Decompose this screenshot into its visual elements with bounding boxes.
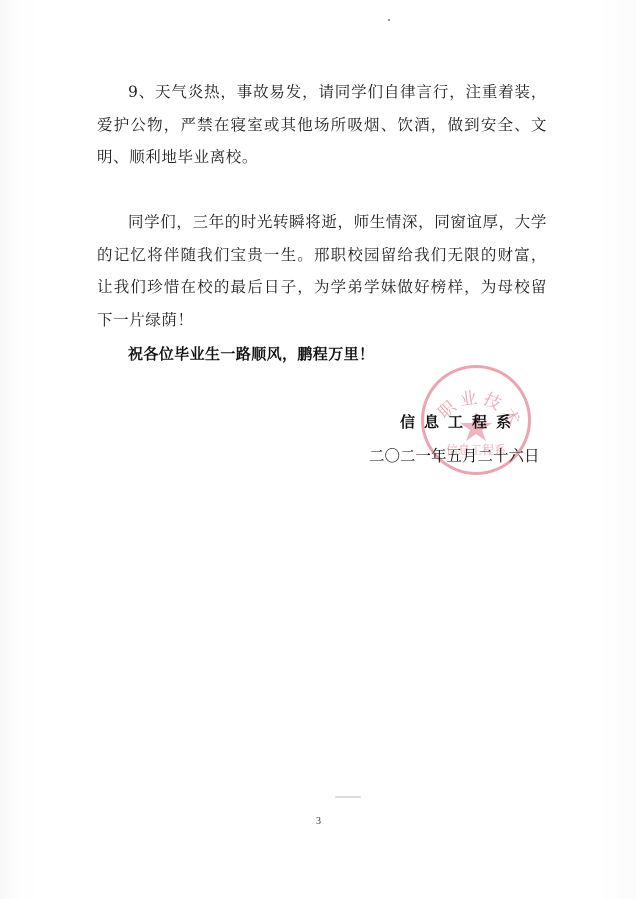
page-number: 3 (316, 816, 321, 827)
signature-date: 二〇二一年五月二十六日 (369, 444, 540, 466)
blessing-line: 祝各位毕业生一路顺风，鹏程万里！ (128, 343, 374, 364)
document-page: 9、天气炎热，事故易发，请同学们自律言行，注重着装，爱护公物，严禁在寝室或其他场… (0, 0, 636, 899)
paragraph-text: 同学们，三年的时光转瞬将逝，师生情深，同窗谊厚，大学的记忆将伴随我们宝贵一生。邢… (97, 213, 547, 329)
signature-department: 信息工程系 (400, 411, 520, 432)
scan-speck (388, 19, 390, 21)
paragraph-text: 9、天气炎热，事故易发，请同学们自律言行，注重着装，爱护公物，严禁在寝室或其他场… (97, 83, 547, 166)
paragraph-item-9: 9、天气炎热，事故易发，请同学们自律言行，注重着装，爱护公物，严禁在寝室或其他场… (97, 76, 547, 174)
scan-smudge (335, 796, 361, 798)
paragraph-closing: 同学们，三年的时光转瞬将逝，师生情深，同窗谊厚，大学的记忆将伴随我们宝贵一生。邢… (97, 206, 547, 336)
